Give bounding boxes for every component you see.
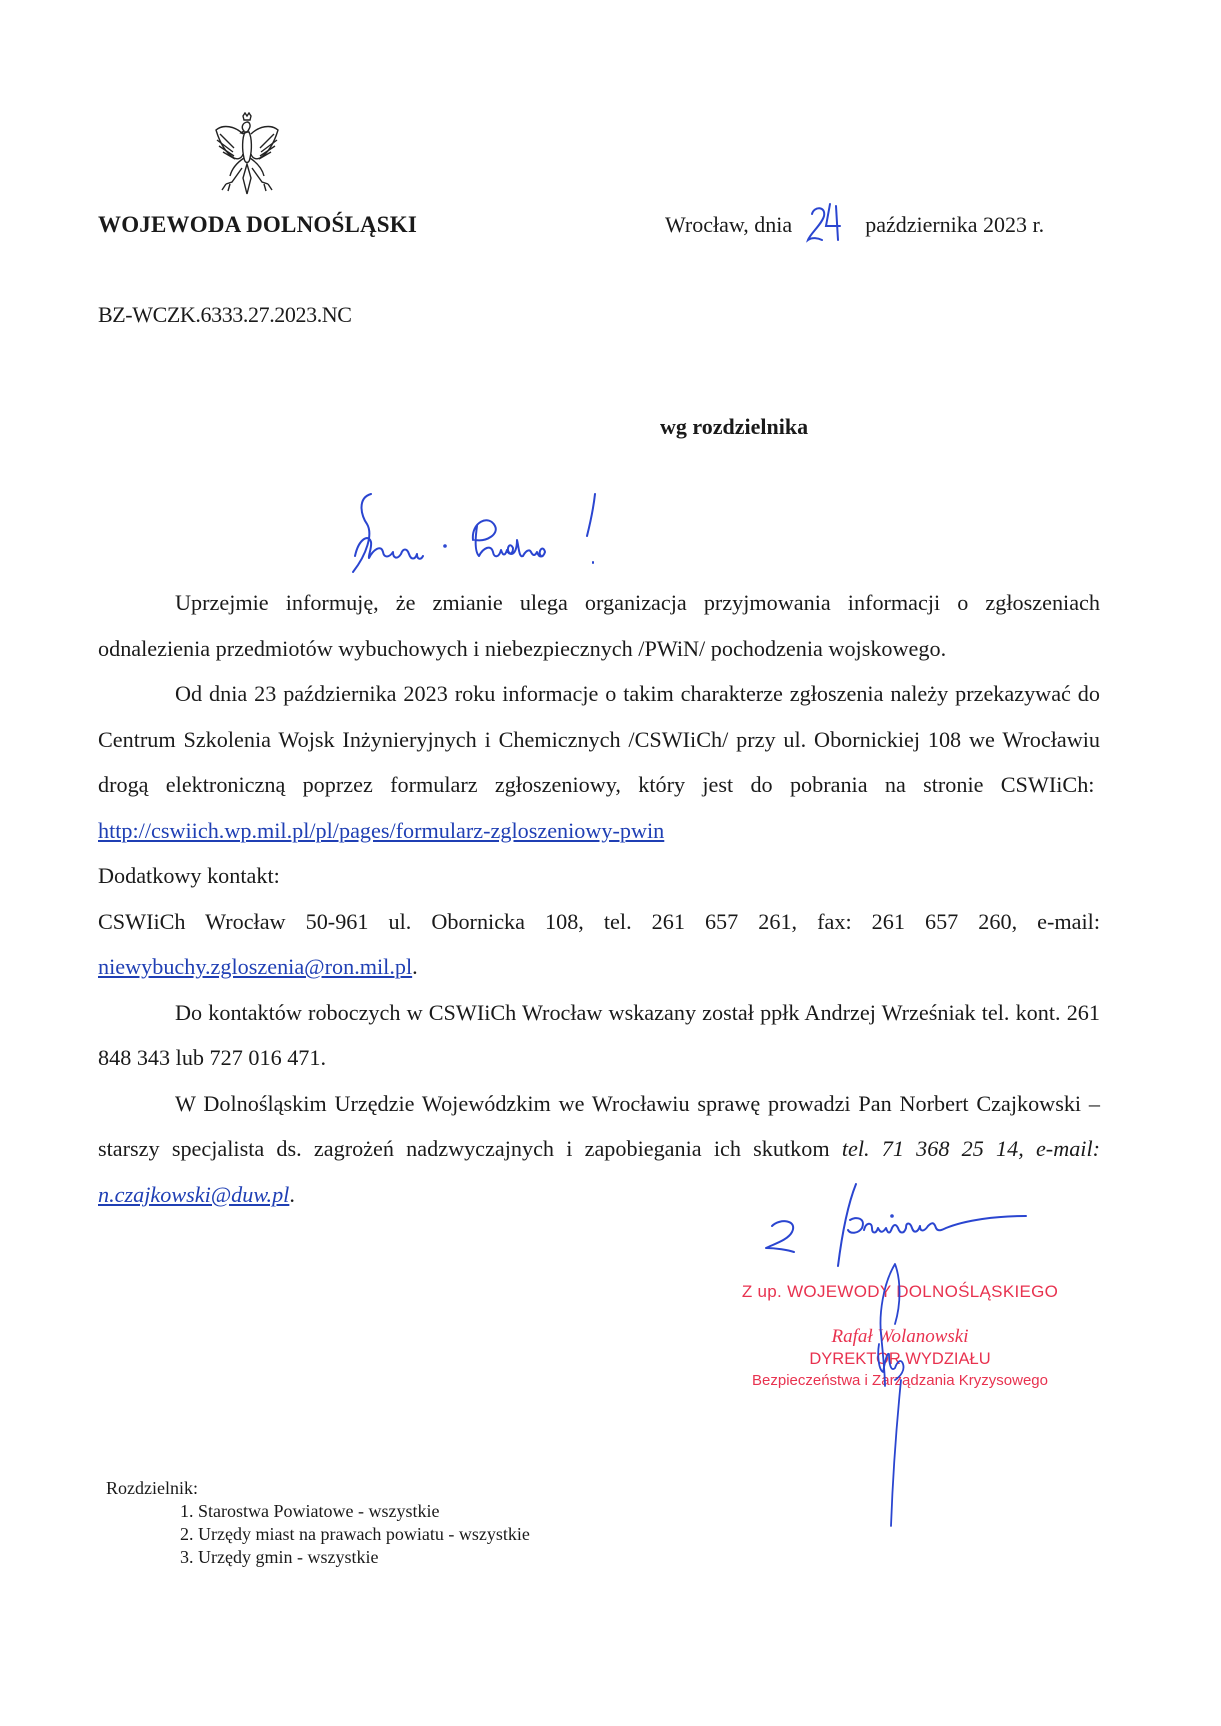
contact-email-link[interactable]: niewybuchy.zgloszenia@ron.mil.pl [98, 954, 412, 979]
distribution-item: 1. Starostwa Powiatowe - wszystkie [180, 1500, 530, 1523]
handwritten-closing [760, 1180, 1080, 1270]
letter-body: Uprzejmie informuję, że zmianie ulega or… [98, 580, 1100, 1217]
date-prefix: Wrocław, dnia [665, 212, 792, 237]
paragraph-2-text: Od dnia 23 października 2023 roku inform… [98, 681, 1100, 797]
paragraph-1: Uprzejmie informuję, że zmianie ulega or… [98, 580, 1100, 671]
date-suffix: października 2023 r. [865, 212, 1044, 237]
issuer-title: WOJEWODA DOLNOŚLĄSKI [98, 212, 417, 238]
reference-number: BZ-WCZK.6333.27.2023.NC [98, 302, 352, 328]
contact-details: CSWIiCh Wrocław 50-961 ul. Obornicka 108… [98, 899, 1100, 990]
distribution-item: 2. Urzędy miast na prawach powiatu - wsz… [180, 1523, 530, 1546]
case-officer-contact: tel. 71 368 25 14, e-mail: [842, 1136, 1100, 1161]
eagle-emblem-icon [212, 112, 282, 204]
contact-label: Dodatkowy kontakt: [98, 853, 1100, 899]
date-line: Wrocław, dnia października 2023 r. [665, 212, 1044, 238]
distribution-item: 3. Urzędy gmin - wszystkie [180, 1546, 530, 1569]
case-officer-email-link[interactable]: n.czajkowski@duw.pl [98, 1182, 289, 1207]
paragraph-2: Od dnia 23 października 2023 roku inform… [98, 671, 1100, 853]
recipient: wg rozdzielnika [660, 414, 808, 440]
handwritten-salutation [345, 488, 665, 588]
signature-mark [855, 1260, 965, 1530]
contact-text: CSWIiCh Wrocław 50-961 ul. Obornicka 108… [98, 909, 1100, 934]
distribution-list: 1. Starostwa Powiatowe - wszystkie 2. Ur… [180, 1500, 530, 1569]
paragraph-3: Do kontaktów roboczych w CSWIiCh Wrocław… [98, 990, 1100, 1081]
form-download-link[interactable]: http://cswiich.wp.mil.pl/pl/pages/formul… [98, 818, 664, 843]
distribution-title: Rozdzielnik: [106, 1478, 198, 1499]
